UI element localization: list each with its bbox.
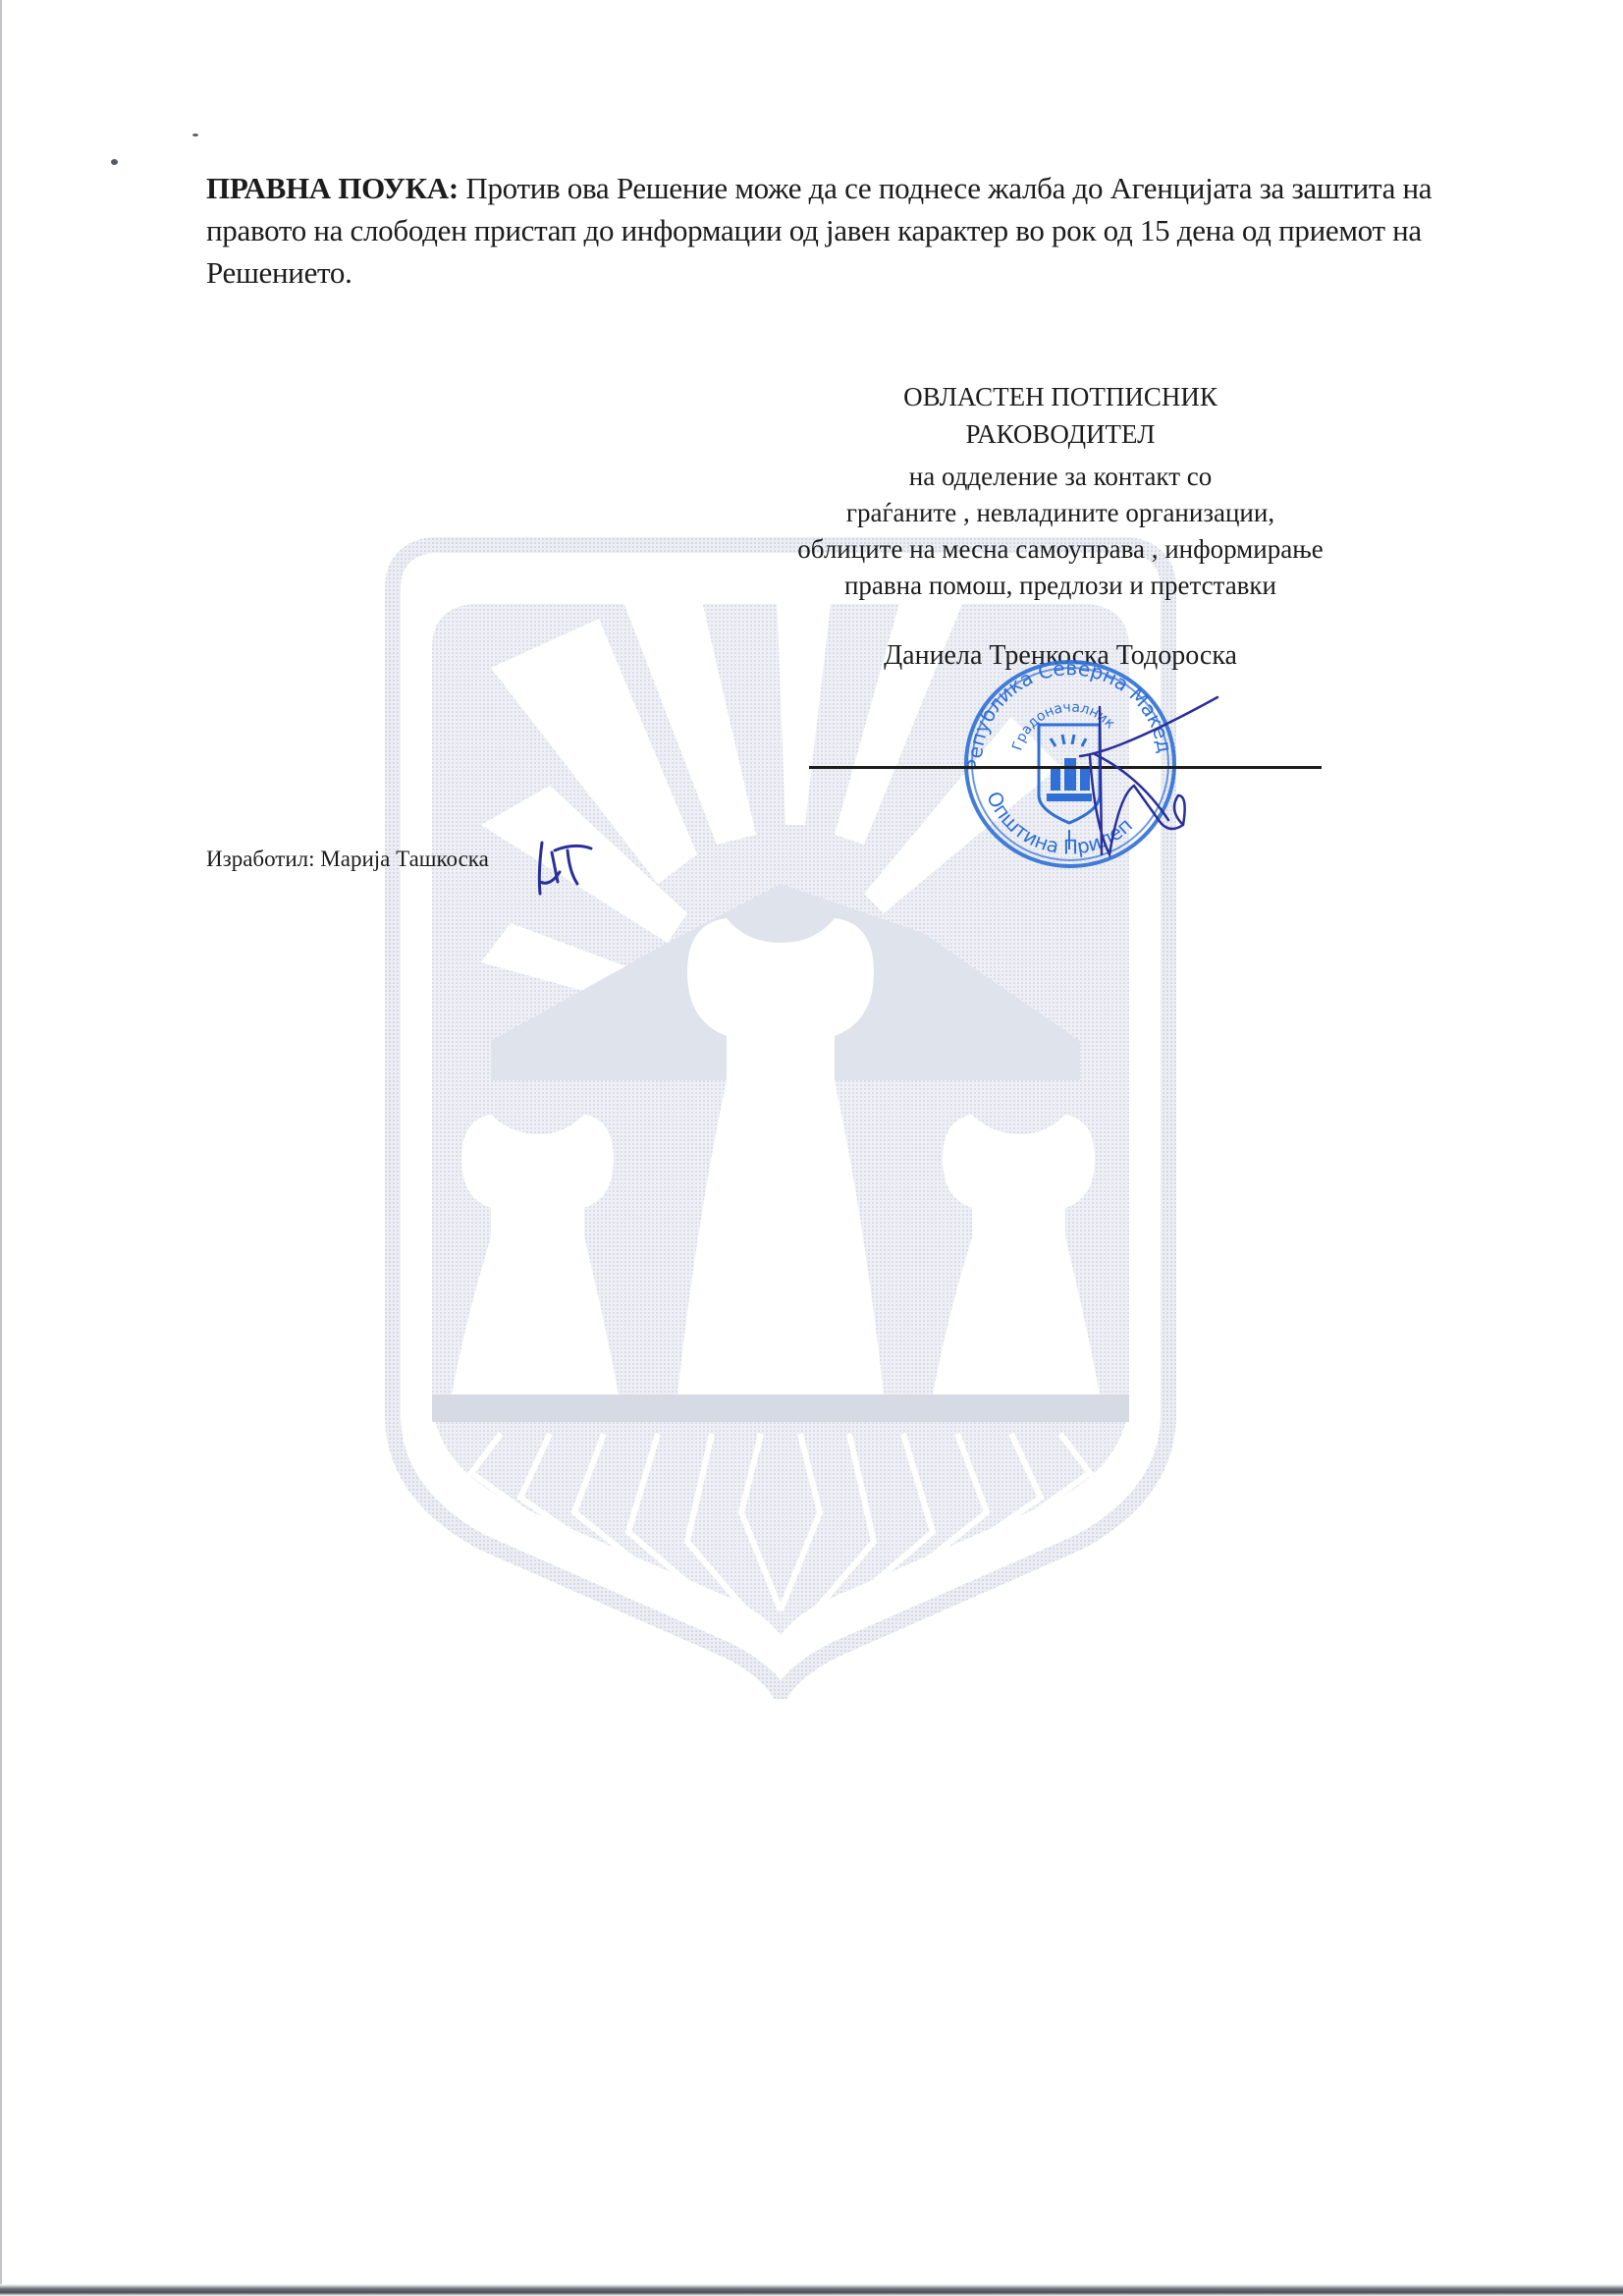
scan-edge-left (0, 0, 2, 2296)
department-line: граѓаните , невладините организации, (687, 495, 1434, 531)
signatory-department: на одделение за контакт со граѓаните , н… (687, 459, 1434, 604)
prepared-by: Изработил: Марија Ташкоска (206, 843, 489, 876)
scan-speck (111, 159, 118, 165)
legal-notice: ПРАВНА ПОУКА: Против ова Решение може да… (206, 167, 1483, 294)
signatory-title: ОВЛАСТЕН ПОТПИСНИК (687, 378, 1434, 415)
scanned-page: ПРАВНА ПОУКА: Против ова Решение може да… (0, 0, 1623, 2296)
handwritten-signature-icon (1041, 648, 1237, 874)
legal-notice-label: ПРАВНА ПОУКА: (206, 171, 459, 205)
scan-speck (192, 134, 198, 137)
signatory-block: ОВЛАСТЕН ПОТПИСНИК РАКОВОДИТЕЛ на одделе… (687, 378, 1434, 675)
department-line: облиците на месна самоуправа , информира… (687, 531, 1434, 568)
scan-edge-bottom (0, 2284, 1623, 2296)
department-line: на одделение за контакт со (687, 459, 1434, 495)
initials-signature-icon (530, 833, 599, 902)
department-line: правна помош, предлози и претставки (687, 568, 1434, 604)
signatory-role: РАКОВОДИТЕЛ (687, 415, 1434, 453)
